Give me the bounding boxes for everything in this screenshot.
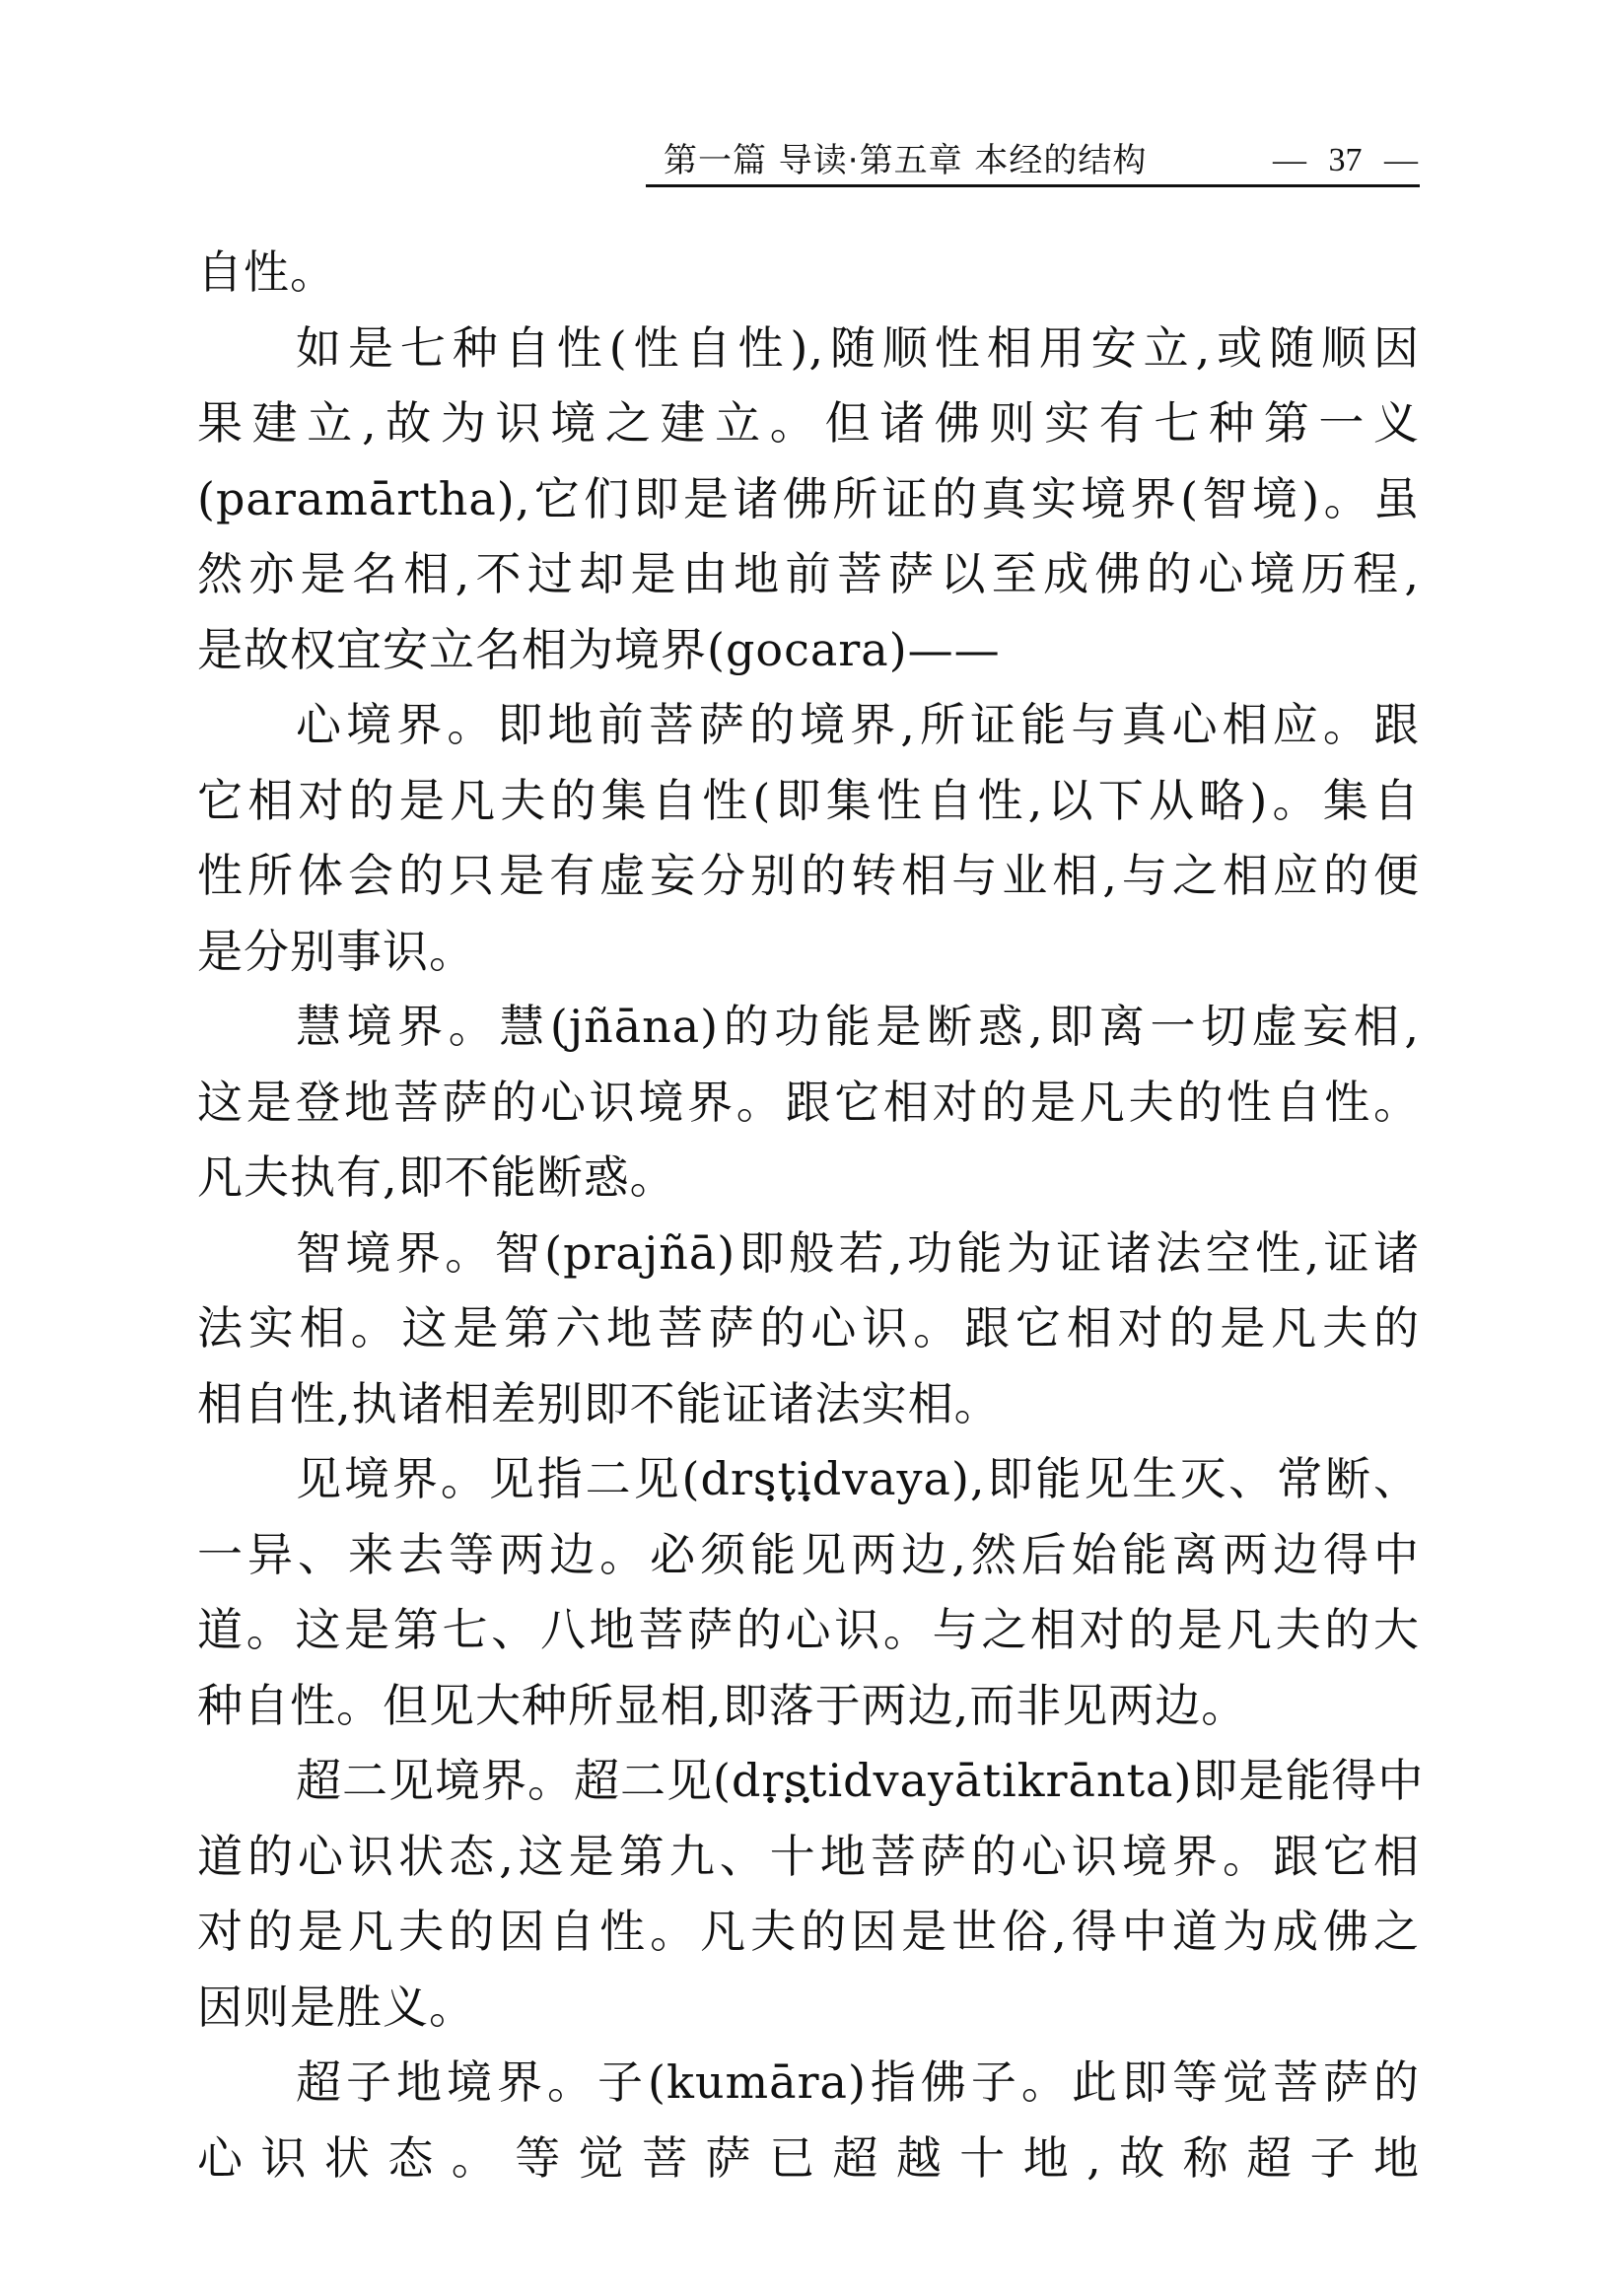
text-line: 这是登地菩萨的心识境界。跟它相对的是凡夫的性自性。: [197, 1065, 1420, 1141]
text-line: 因则是胜义。: [197, 1970, 1420, 2046]
text-line: 慧境界。慧(jñāna)的功能是断惑,即离一切虚妄相,: [197, 989, 1420, 1065]
text-line: 果建立,故为识境之建立。但诸佛则实有七种第一义: [197, 385, 1420, 461]
text-line: 相自性,执诸相差别即不能证诸法实相。: [197, 1366, 1420, 1442]
text-line: 道。这是第七、八地菩萨的心识。与之相对的是凡夫的大: [197, 1592, 1420, 1668]
text-line: 它相对的是凡夫的集自性(即集性自性,以下从略)。集自: [197, 763, 1420, 839]
page-number: — 37 —: [1273, 141, 1418, 180]
diacritic-underdots: •••: [764, 1792, 817, 1812]
text-line: 心境界。即地前菩萨的境界,所证能与真心相应。跟: [197, 687, 1420, 763]
text-line: 然亦是名相,不过却是由地前菩萨以至成佛的心境历程,: [197, 536, 1420, 612]
text-line: 种自性。但见大种所显相,即落于两边,而非见两边。: [197, 1668, 1420, 1744]
text-line: 是故权宜安立名相为境界(gocara)——: [197, 612, 1420, 688]
text-line: 对的是凡夫的因自性。凡夫的因是世俗,得中道为成佛之: [197, 1894, 1420, 1970]
running-header: 第一篇 导读·第五章 本经的结构 — 37 —: [646, 138, 1420, 187]
running-title: 第一篇 导读·第五章 本经的结构: [664, 141, 1147, 180]
text-line: 智境界。智(prajñā)即般若,功能为证诸法空性,证诸: [197, 1216, 1420, 1291]
page-body: 自性。 如是七种自性(性自性),随顺性相用安立,或随顺因 果建立,故为识境之建立…: [197, 235, 1420, 2195]
text-line: 超子地境界。子(kumāra)指佛子。此即等觉菩萨的: [197, 2045, 1420, 2121]
text-line: 是分别事识。: [197, 914, 1420, 990]
text-line: 一异、来去等两边。必须能见两边,然后始能离两边得中: [197, 1517, 1420, 1593]
text-line: 性所体会的只是有虚妄分别的转相与业相,与之相应的便: [197, 838, 1420, 914]
text-line: 凡夫执有,即不能断惑。: [197, 1140, 1420, 1216]
text-line: 自性。: [197, 235, 1420, 311]
text-line: 道的心识状态,这是第九、十地菩萨的心识境界。跟它相: [197, 1819, 1420, 1895]
text-line: (paramārtha),它们即是诸佛所证的真实境界(智境)。虽: [197, 461, 1420, 537]
diacritic-underdots: •••: [764, 1491, 817, 1510]
text-line: 法实相。这是第六地菩萨的心识。跟它相对的是凡夫的: [197, 1290, 1420, 1366]
text-line: 心识状态。等觉菩萨已超越十地,故称超子地: [197, 2121, 1420, 2196]
text-line: 如是七种自性(性自性),随顺性相用安立,或随顺因: [197, 311, 1420, 386]
